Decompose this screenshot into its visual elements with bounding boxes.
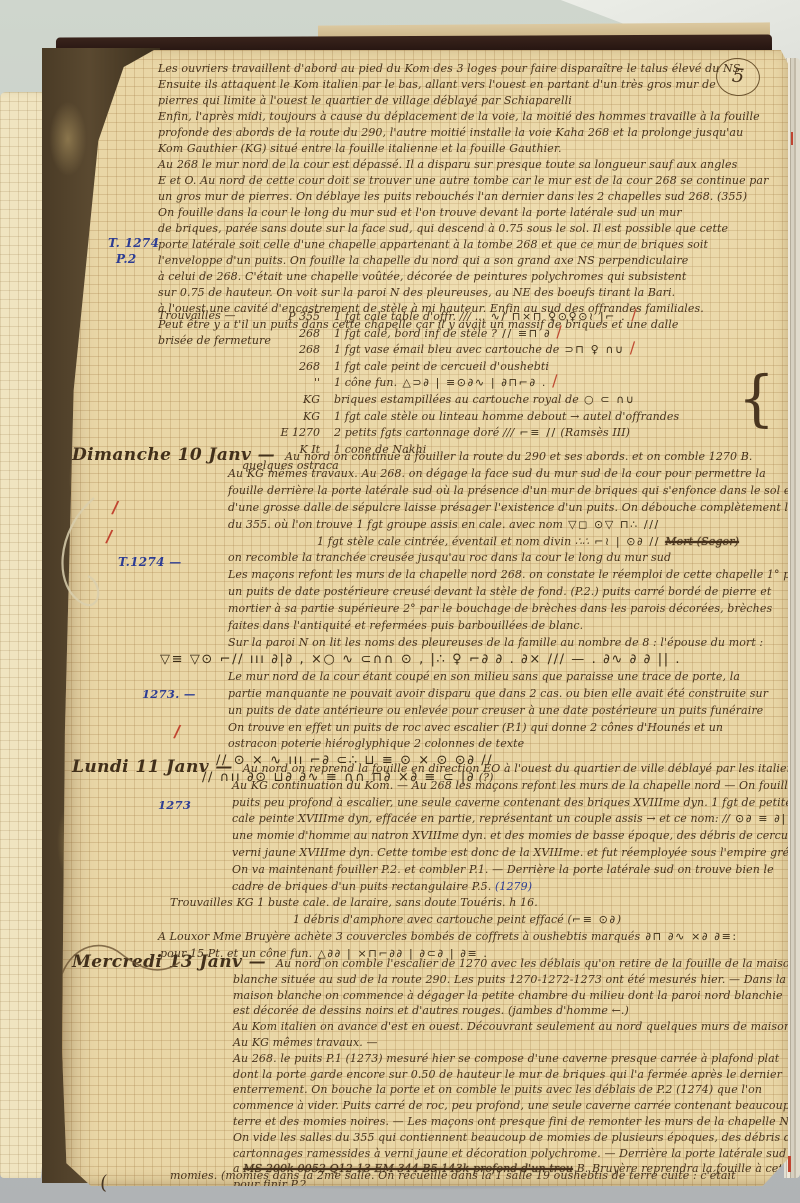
handwritten-line: mortier à sa partie supérieure 2° par le… [228,600,772,617]
handwritten-text: commence à vider. Puits carré de roc, pe… [233,1099,800,1112]
handwritten-text: sur 0.75 de hauteur. On voit sur la paro… [158,286,675,299]
handwritten-text: Au KG mêmes travaux. — [233,1036,378,1049]
handwritten-text: On fouille dans la cour le long du mur s… [158,206,682,219]
find-reference: KG [228,393,334,408]
handwritten-text: 1 fgt cale table d'offr. ∕∕∕ ... [334,310,486,323]
handwritten-line: porte latérale soit celle d'une chapelle… [158,236,774,252]
handwritten-line: 1 fgt stèle cale cintrée, éventail et no… [317,533,772,550]
handwritten-line: blanche située au sud de la route 290. L… [233,971,772,987]
blue-ink-text: (1279) [495,880,532,893]
handwritten-line: puits peu profond à escalier, une seule … [232,794,772,811]
find-reference: 268 [228,343,334,358]
handwritten-line: Au KG mêmes travaux. — [233,1034,772,1050]
handwritten-line: maison blanche on commence à dégager la … [233,987,772,1003]
handwritten-line: Au KG continuation du Kom. — Au 268 les … [232,777,772,794]
find-reference: 268 [228,360,334,375]
handwritten-text: une momie d'homme au natron XVIIIme dyn.… [232,829,800,842]
find-reference: P 355 [228,310,334,325]
handwritten-text: 1 fgt cale peint de cercueil d'oushebti [334,360,549,373]
handwritten-text: ostracon poterie hiéroglyphique 2 colonn… [228,737,524,750]
handwritten-text: 1 fgt stèle cale cintrée, éventail et no… [317,535,589,548]
handwritten-text: du 355. où l'on trouve 1 fgt groupe assi… [228,518,563,531]
hieroglyph-sketch: ⌐≡ ⊙∂ [572,913,617,926]
handwritten-line: Dimanche 10 Janv —Au nord on continue à … [72,448,772,465]
notebook-page: 5 T. 1274 P.2 T.1274 — 1273. — 1273 ∕ ∕ … [62,50,788,1186]
handwritten-line: Enfin, l'après midi, toujours à cause du… [158,108,774,124]
handwritten-text: briques estampillées au cartouche royal … [334,393,579,406]
handwritten-line: Sur la paroi N on lit les noms des pleur… [228,634,772,651]
handwritten-line: l'enveloppe d'un puits. On fouille la ch… [158,252,774,268]
handwritten-text: 1 fgt cale stèle ou linteau homme debout… [334,410,679,423]
handwritten-text: Les ouvriers travaillent d'abord au pied… [158,62,744,75]
handwritten-line: fouille derrière la porte latérale sud o… [228,482,772,499]
handwritten-text: Ensuite ils attaquent le Kom italien par… [158,78,716,91]
hieroglyph-sketch: ⌐≀ | ⊙∂ ∕∕ [589,535,665,548]
handwritten-text: faites dans l'antiquité et refermées pui… [228,619,583,632]
handwritten-text: à celui de 268. C'était une chapelle voû… [158,270,686,283]
handwritten-text: partie manquante ne pouvait avoir dispar… [228,687,768,700]
handwritten-line: Au Kom italien on avance d'est en ouest.… [233,1018,772,1034]
handwritten-line: E et O. Au nord de cette cour doit se tr… [158,172,774,188]
handwritten-text: (Ramsès III) [557,426,630,439]
journal-section-momies: momies. (momies dans la 2me salle. On re… [170,1166,790,1183]
handwritten-text: verni jaune XVIIIme dyn. Cette tombe est… [232,846,800,859]
handwritten-line: d'une grosse dalle de sépulcre laisse pr… [228,499,772,516]
handwritten-line: sur 0.75 de hauteur. On voit sur la paro… [158,284,774,300]
handwritten-line: commence à vider. Puits carré de roc, pe… [233,1097,772,1113]
handwritten-line: Les maçons refont les murs de la chapell… [228,566,772,583]
finds-row: P 3551 fgt cale table d'offr. ∕∕∕ ... ∿∕… [158,308,774,325]
handwritten-line: un puits de date postérieure creusé deva… [228,583,772,600]
handwritten-line: cartonnages ramessides à verni jaune et … [233,1145,772,1161]
struck-text: Mort (Segor) [665,535,739,548]
handwritten-line: Lundi 11 Janv —Au nord on reprend la fou… [72,760,772,777]
finds-row: ''1 cône fun. △⊃∂ | ≡⊙∂∿ | ∂⊓⌐∂ . ∕ [158,374,774,391]
handwritten-text: on recomble la tranchée creusée jusqu'au… [228,551,671,564]
journal-section-dimanche: Dimanche 10 Janv —Au nord on continue à … [72,448,772,786]
handwritten-text: On va maintenant fouiller P.2. et comble… [232,863,774,876]
handwritten-text: Au nord on continue à fouiller la route … [285,450,753,463]
handwritten-line: une momie d'homme au natron XVIIIme dyn.… [232,827,772,844]
handwritten-line: 1 débris d'amphore avec cartouche peint … [293,911,772,928]
handwritten-line: Ensuite ils attaquent le Kom italien par… [158,76,774,92]
handwritten-text: mortier à sa partie supérieure 2° par le… [228,602,772,615]
red-check-mark: ∕ [625,338,635,357]
handwritten-line: cale peinte XVIIIme dyn, effacée en part… [232,810,772,827]
handwritten-text: 1 débris d'amphore avec cartouche peint … [293,913,572,926]
handwritten-line: de briques, parée sans doute sur la face… [158,220,774,236]
day-heading: Lundi 11 Janv — [72,757,233,777]
handwritten-text: dont la porte garde encore sur 0.50 de h… [233,1068,782,1081]
hieroglyph-sketch: ∕∕ ≡⊓ ∂ [497,327,551,340]
handwritten-text: un puits de date antérieure ou enlevée p… [228,704,763,717]
handwritten-line: pierres qui limite à l'ouest le quartier… [158,92,774,108]
handwritten-text: ) [617,913,621,926]
handwritten-line: verni jaune XVIIIme dyn. Cette tombe est… [232,844,772,861]
handwritten-line: Les ouvriers travaillent d'abord au pied… [158,60,774,76]
finds-row: E 12702 petits fgts cartonnage doré ∕∕∕ … [158,424,774,441]
handwritten-text: 2 petits fgts cartonnage doré ∕∕∕ [334,426,514,439]
finds-list-label: Trouvailles — [158,309,236,324]
handwritten-text: cadre de briques d'un puits rectangulair… [232,880,495,893]
hieroglyph-sketch: ⌐≡ ∕∕ [514,426,556,439]
handwritten-line: à celui de 268. C'était une chapelle voû… [158,268,774,284]
hieroglyph-sketch: ▽◻ ⊙▽ ⊓∴ ∕∕∕ [563,518,660,531]
handwritten-text: Au nord on comble l'escalier de 1270 ave… [276,957,797,970]
red-check-mark: ∕ [547,371,557,390]
handwritten-text: cartonnages ramessides à verni jaune et … [233,1147,800,1160]
handwritten-text: 1 cône fun. [334,376,397,389]
handwritten-line: Le mur nord de la cour étant coupé en so… [228,668,772,685]
handwritten-line: momies. (momies dans la 2me salle. On re… [170,1166,790,1183]
red-check-mark: ∕ [626,305,636,324]
handwritten-text: un gros mur de pierres. On déblaye les p… [158,190,747,203]
handwritten-text: momies. (momies dans la 2me salle. On re… [170,1169,736,1182]
handwritten-text: cale peinte XVIIIme dyn, effacée en part… [232,812,730,825]
finds-row: 2681 fgt cale peint de cercueil d'ousheb… [158,358,774,375]
handwritten-text: l'enveloppe d'un puits. On fouille la ch… [158,254,688,267]
handwritten-text: maison blanche on commence à dégager la … [233,989,783,1002]
red-check-mark: ∕ [551,322,561,341]
handwritten-line: On fouille dans la cour le long du mur s… [158,204,774,220]
finds-row: 2681 fgt vase émail bleu avec cartouche … [158,341,774,358]
hieroglyph-sketch: ▽≡ ▽⊙ ⌐∕∕ ııı ∂|∂ , ×○ ∿ ⊂∩∩ ⊙ , |∴ ♀ ⌐∂… [160,652,681,667]
hieroglyph-sketch: ∂⊓ ∂∿ ×∂ ∂≡: [640,930,737,943]
handwritten-text: E et O. Au nord de cette cour doit se tr… [158,174,768,187]
handwritten-line: On va maintenant fouiller P.2. et comble… [232,861,772,878]
margin-note-pit: P.2 [116,252,136,266]
handwritten-line: Kom Gauthier (KG) situé entre la fouille… [158,140,774,156]
handwritten-text: 1 fgt cale, bord inf de stèle ? [334,327,497,340]
handwritten-text: blanche située au sud de la route 290. L… [233,973,786,986]
red-edge-mark [788,1156,791,1172]
handwritten-text: Au KG continuation du Kom. — Au 268 les … [232,779,800,792]
stray-ink-curve [54,930,194,990]
handwritten-text: Les maçons refont les murs de la chapell… [228,568,800,581]
finds-row: KG1 fgt cale stèle ou linteau homme debo… [158,408,774,425]
handwritten-text: On trouve en effet un puits de roc avec … [228,721,723,734]
find-reference: KG [228,410,334,425]
handwritten-text: A Louxor Mme Bruyère achète 3 couvercles… [158,930,640,943]
finds-row: KGbriques estampillées au cartouche roya… [158,391,774,408]
handwritten-line: ▽≡ ▽⊙ ⌐∕∕ ııı ∂|∂ , ×○ ∿ ⊂∩∩ ⊙ , |∴ ♀ ⌐∂… [160,651,772,668]
handwritten-line: est décorée de dessins noirs et d'autres… [233,1002,772,1018]
handwritten-text: porte latérale soit celle d'une chapelle… [158,238,708,251]
handwritten-text: On vide les salles du 355 qui contiennen… [233,1131,798,1144]
handwritten-text: Enfin, l'après midi, toujours à cause du… [158,110,760,123]
handwritten-line: un gros mur de pierres. On déblaye les p… [158,188,774,204]
handwritten-text: Au nord on reprend la fouille en directi… [243,762,800,775]
find-reference: E 1270 [228,426,334,441]
scanned-notebook-photo: 5 T. 1274 P.2 T.1274 — 1273. — 1273 ∕ ∕ … [0,0,800,1203]
handwritten-text: Au 268 le mur nord de la cour est dépass… [158,158,737,171]
handwritten-text: Trouvailles KG 1 buste cale. de laraire,… [170,896,538,909]
handwritten-text: puits peu profond à escalier, une seule … [232,796,800,809]
find-reference: '' [228,376,334,391]
handwritten-text: Au 268. le puits P.1 (1273) mesuré hier … [233,1052,779,1065]
handwritten-text: est décorée de dessins noirs et d'autres… [233,1004,629,1017]
handwritten-line: faites dans l'antiquité et refermées pui… [228,617,772,634]
handwritten-line: profonde des abords de la route du 290, … [158,124,774,140]
journal-section-intro: Les ouvriers travaillent d'abord au pied… [158,60,774,348]
handwritten-text: Le mur nord de la cour étant coupé en so… [228,670,740,683]
handwritten-text: Kom Gauthier (KG) situé entre la fouille… [158,142,562,155]
handwritten-text: Au KG mêmes travaux. Au 268. on dégage l… [228,467,766,480]
handwritten-line: partie manquante ne pouvait avoir dispar… [228,685,772,702]
handwritten-line: On trouve en effet un puits de roc avec … [228,719,772,736]
handwritten-line: dont la porte garde encore sur 0.50 de h… [233,1066,772,1082]
handwritten-text: d'une grosse dalle de sépulcre laisse pr… [228,501,800,514]
handwritten-line: terre et des momies noires. — Les maçons… [233,1113,772,1129]
handwritten-text: 1 fgt vase émail bleu avec cartouche de [334,343,559,356]
handwritten-line: ostracon poterie hiéroglyphique 2 colonn… [228,735,772,752]
hieroglyph-sketch: △⊃∂ | ≡⊙∂∿ | ∂⊓⌐∂ . [397,376,547,389]
handwritten-text: terre et des momies noires. — Les maçons… [233,1115,800,1128]
red-edge-mark [791,132,793,145]
handwritten-text: Au Kom italien on avance d'est en ouest.… [233,1020,800,1033]
handwritten-line: Trouvailles KG 1 buste cale. de laraire,… [170,894,772,911]
handwritten-line: du 355. où l'on trouve 1 fgt groupe assi… [228,516,772,533]
handwritten-text: fouille derrière la porte latérale sud o… [228,484,800,497]
handwritten-line: Au 268. le puits P.1 (1273) mesuré hier … [233,1050,772,1066]
handwritten-text: un puits de date postérieure creusé deva… [228,585,771,598]
handwritten-line: Au 268 le mur nord de la cour est dépass… [158,156,774,172]
handwritten-line: A Louxor Mme Bruyère achète 3 couvercles… [158,928,772,945]
journal-section-mercredi: Mercredi 13 Janv —Au nord on comble l'es… [72,955,772,1192]
handwritten-line: Au KG mêmes travaux. Au 268. on dégage l… [228,465,772,482]
finds-row: 2681 fgt cale, bord inf de stèle ? ∕∕ ≡⊓… [158,325,774,342]
hieroglyph-sketch: ○ ⊂ ∩∪ [579,393,636,406]
handwritten-line: on recomble la tranchée creusée jusqu'au… [228,549,772,566]
handwritten-text: pierres qui limite à l'ouest le quartier… [158,94,572,107]
hieroglyph-sketch: ⊃⊓ ♀ ∩∪ [559,343,624,356]
day-heading: Dimanche 10 Janv — [72,445,275,465]
handwritten-line: enterrement. On bouche la porte et on co… [233,1081,772,1097]
handwritten-line: un puits de date antérieure ou enlevée p… [228,702,772,719]
handwritten-text: Sur la paroi N on lit les noms des pleur… [228,636,763,649]
handwritten-text: profonde des abords de la route du 290, … [158,126,743,139]
handwritten-text: enterrement. On bouche la porte et on co… [233,1083,762,1096]
binding-thread [46,490,122,624]
find-reference: 268 [228,327,334,342]
margin-note-tomb: T. 1274 [108,236,159,250]
handwritten-line: On vide les salles du 355 qui contiennen… [233,1129,772,1145]
handwritten-text: de briques, parée sans doute sur la face… [158,222,728,235]
handwritten-line: cadre de briques d'un puits rectangulair… [232,878,772,895]
